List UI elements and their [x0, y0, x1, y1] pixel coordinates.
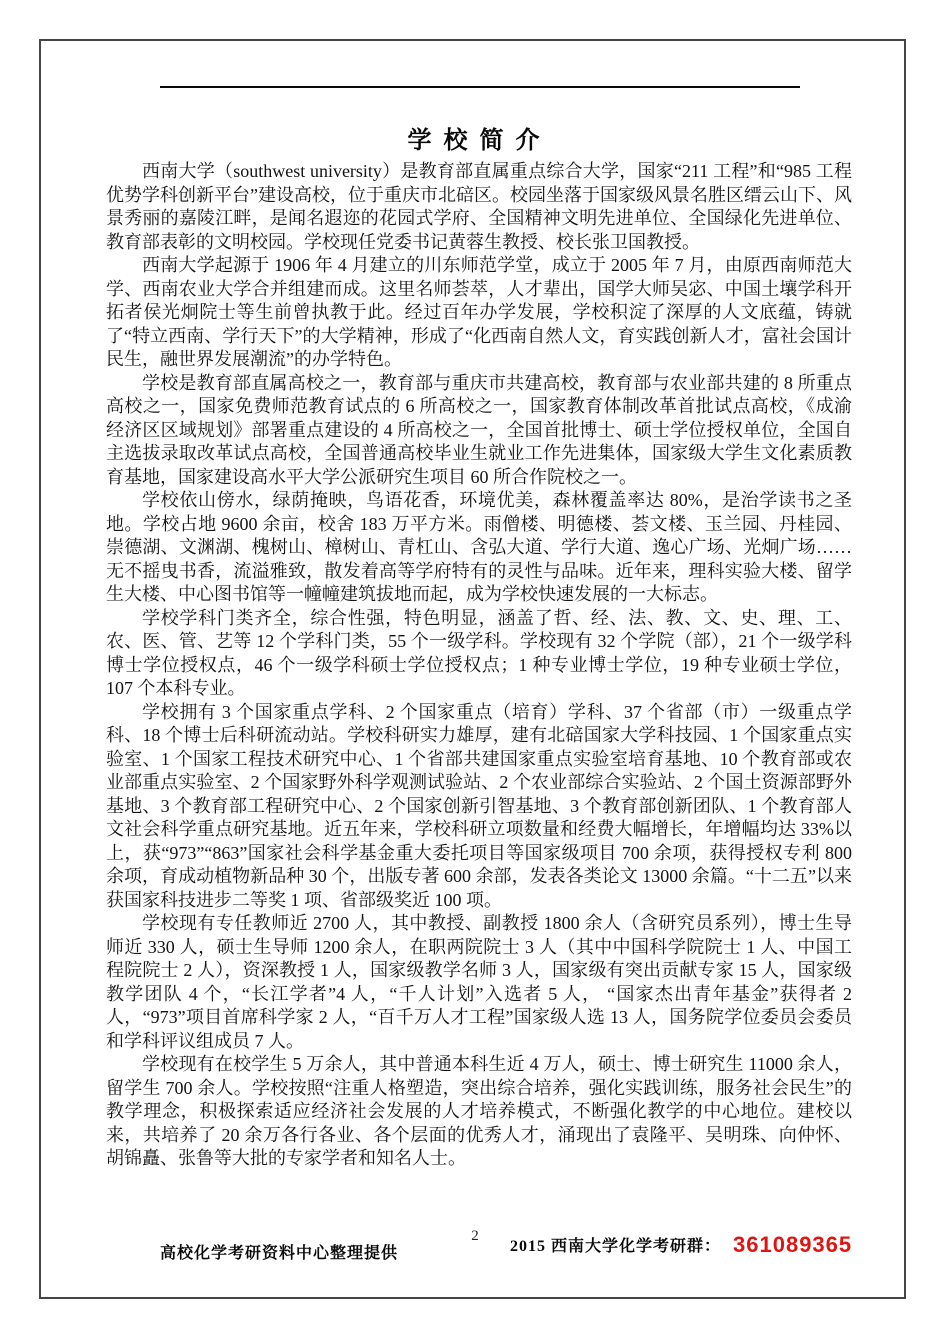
body-paragraph: 学校现有在校学生 5 万余人，其中普通本科生近 4 万人，硕士、博士研究生 11… [106, 1053, 852, 1171]
footer-provider-text: 高校化学考研资料中心整理提供 [160, 1240, 398, 1263]
body-paragraph: 学校学科门类齐全，综合性强，特色明显，涵盖了哲、经、法、教、文、史、理、工、农、… [106, 607, 852, 701]
qq-group-number: 361089365 [733, 1232, 852, 1258]
body-paragraph: 西南大学（southwest university）是教育部直属重点综合大学，国… [106, 160, 852, 254]
body-paragraph: 学校拥有 3 个国家重点学科、2 个国家重点（培育）学科、37 个省部（市）一级… [106, 701, 852, 913]
page-title: 学 校 简 介 [0, 120, 950, 155]
body-paragraph: 学校依山傍水，绿荫掩映，鸟语花香，环境优美，森林覆盖率达 80%，是治学读书之圣… [106, 489, 852, 607]
body-paragraph: 学校现有专任教师近 2700 人，其中教授、副教授 1800 余人（含研究员系列… [106, 912, 852, 1053]
footer-qq-group: 2015 西南大学化学考研群： 361089365 [510, 1232, 852, 1258]
qq-group-label: 2015 西南大学化学考研群： [510, 1233, 721, 1258]
document-body: 西南大学（southwest university）是教育部直属重点综合大学，国… [106, 160, 852, 1171]
header-rule [160, 86, 800, 88]
body-paragraph: 西南大学起源于 1906 年 4 月建立的川东师范学堂，成立于 2005 年 7… [106, 254, 852, 372]
body-paragraph: 学校是教育部直属高校之一，教育部与重庆市共建高校，教育部与农业部共建的 8 所重… [106, 372, 852, 490]
